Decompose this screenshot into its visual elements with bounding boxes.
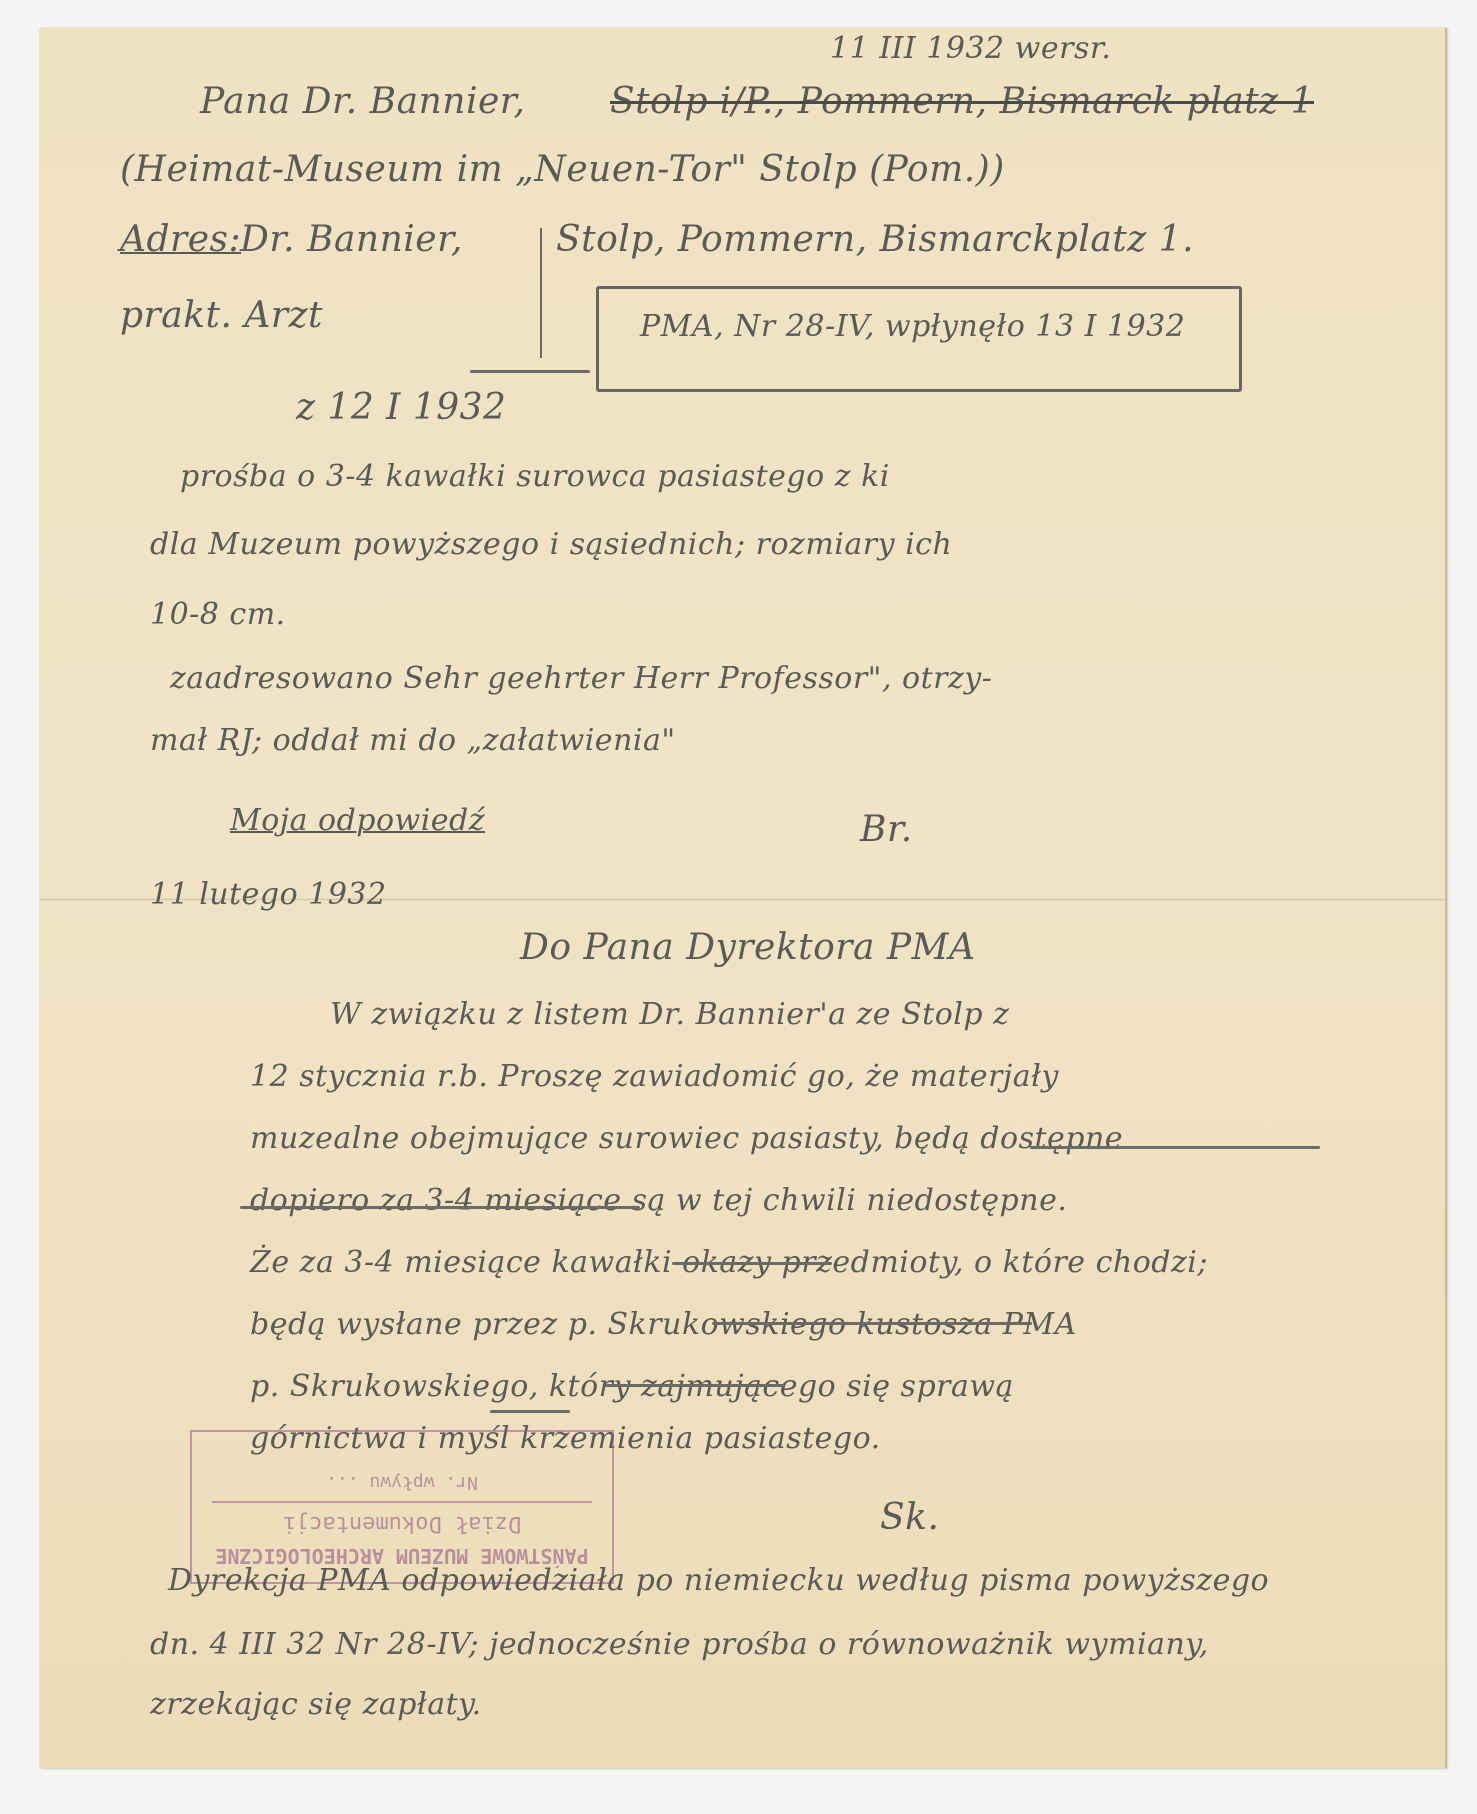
strike-mark bbox=[712, 1322, 1032, 1325]
address-name: Dr. Bannier, bbox=[240, 222, 463, 258]
reply-line-4: dopiero za 3-4 miesiące są w tej chwili … bbox=[250, 1186, 1067, 1216]
reply-line-7: p. Skrukowskiego, który zajmującego się … bbox=[250, 1372, 1014, 1402]
footer-line-1: Dyrekcja PMA odpowiedziała po niemiecku … bbox=[168, 1566, 1269, 1596]
stamp-separator bbox=[212, 1501, 592, 1503]
letter-date: z 12 I 1932 bbox=[296, 390, 506, 426]
footer-line-2: dn. 4 III 32 Nr 28-IV; jednocześnie proś… bbox=[150, 1630, 1209, 1660]
strike-mark bbox=[1030, 1146, 1320, 1149]
request-line-2: dla Muzeum powyższego i sąsiednich; rozm… bbox=[150, 530, 952, 560]
strike-mark bbox=[490, 1410, 570, 1413]
institution-name: (Heimat-Museum im „Neuen-Tor" Stolp (Pom… bbox=[120, 152, 1005, 188]
address-street: Stolp, Pommern, Bismarckplatz 1. bbox=[556, 222, 1194, 258]
reply-line-1: W związku z listem Dr. Bannier'a ze Stol… bbox=[330, 1000, 1009, 1030]
reply-signature: Sk. bbox=[880, 1500, 939, 1536]
request-line-1: prośba o 3-4 kawałki surowca pasiastego … bbox=[180, 462, 890, 492]
address-divider-h bbox=[470, 370, 590, 373]
reply-heading: Moja odpowiedź bbox=[230, 806, 485, 836]
note-line-1: zaadresowano Sehr geehrter Herr Professo… bbox=[170, 664, 992, 694]
reply-line-3: muzealne obejmujące surowiec pasiasty, b… bbox=[250, 1124, 1123, 1154]
reply-line-6: będą wysłane przez p. Skrukowskiego kust… bbox=[250, 1310, 1077, 1340]
address-label: Adres: bbox=[120, 222, 241, 258]
stamp-line-2: Dział Dokumentacji bbox=[192, 1511, 612, 1536]
recipient-address-struck: Stolp i/P., Pommern, Bismarck platz 1 bbox=[610, 84, 1314, 120]
address-divider bbox=[540, 228, 542, 358]
register-entry: PMA, Nr 28-IV, wpłynęło 13 I 1932 bbox=[640, 312, 1185, 342]
footer-line-3: zrzekając się zapłaty. bbox=[150, 1690, 482, 1720]
reply-salutation: Do Pana Dyrektora PMA bbox=[520, 930, 976, 966]
stamp-line-3: Nr. wpływu ... bbox=[192, 1472, 612, 1493]
strike-mark bbox=[240, 1206, 640, 1209]
request-line-3: 10-8 cm. bbox=[150, 600, 286, 630]
annotation-date: 11 III 1932 wersr. bbox=[830, 34, 1111, 64]
note-line-2: mał RJ; oddał mi do „załatwienia" bbox=[150, 726, 676, 756]
museum-stamp: PAŃSTWOWE MUZEUM ARCHEOLOGICZNE Dział Do… bbox=[190, 1430, 614, 1584]
strike-mark bbox=[672, 1262, 832, 1265]
address-title: prakt. Arzt bbox=[120, 298, 323, 334]
reply-initials: Br. bbox=[860, 812, 913, 848]
reply-line-2: 12 stycznia r.b. Proszę zawiadomić go, ż… bbox=[250, 1062, 1059, 1092]
reply-date: 11 lutego 1932 bbox=[150, 880, 387, 910]
strike-mark bbox=[605, 1384, 785, 1387]
recipient-name: Pana Dr. Bannier, bbox=[200, 84, 525, 120]
